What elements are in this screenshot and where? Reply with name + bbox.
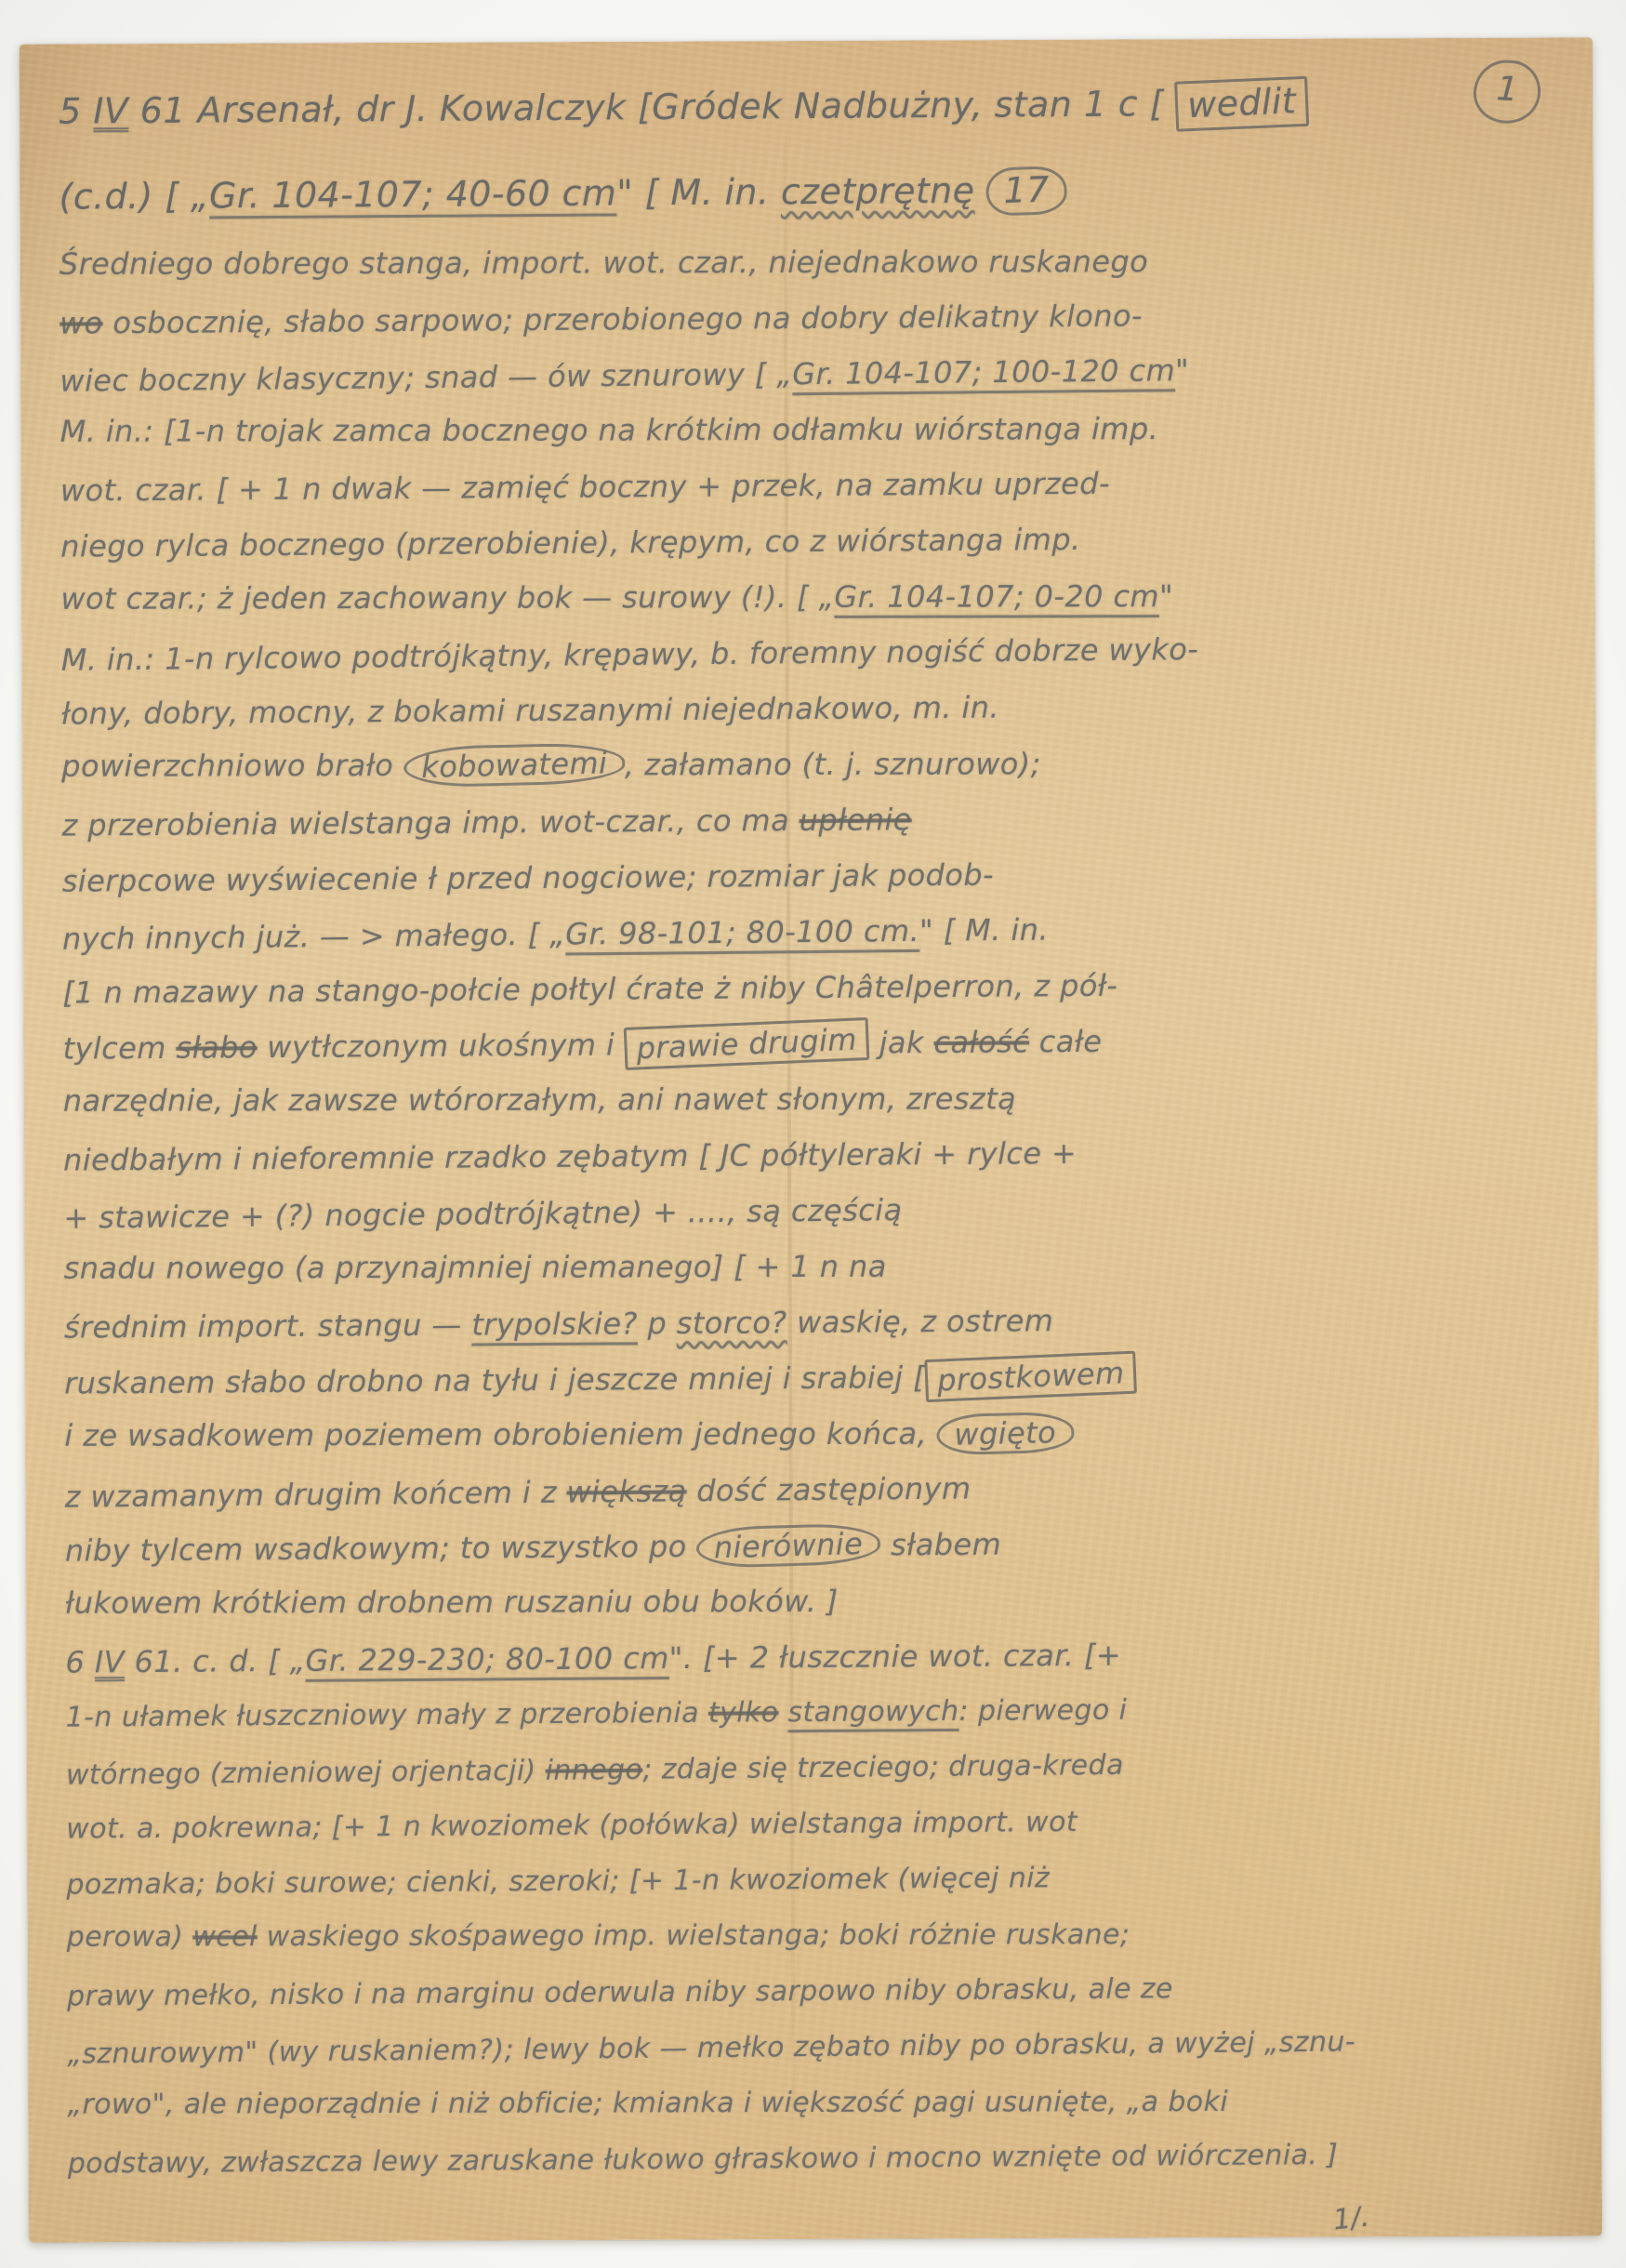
- handwriting-segment: niego rylca bocznego (przerobienie), krę…: [60, 522, 1081, 564]
- handwriting-segment: 5: [59, 90, 93, 131]
- handwriting-segment: powierzchniowo brało: [61, 748, 403, 784]
- manuscript-line: (c.d.) [ „Gr. 104-107; 40-60 cm" [ M. in…: [59, 143, 1566, 239]
- handwriting-segment: z wzamanym drugim końcem i z: [64, 1475, 566, 1515]
- handwriting-segment: niby tylcem wsadkowym; to wszystko po: [65, 1529, 697, 1569]
- handwriting-segment: wtórnego (zmieniowej orjentacji): [66, 1755, 546, 1792]
- handwriting-segment-strike: wcel: [192, 1920, 258, 1953]
- handwriting-segment: : pierwego i: [958, 1694, 1127, 1728]
- handwriting-segment: średnim import. stangu —: [64, 1307, 472, 1346]
- handwriting-segment-strike: wo: [59, 305, 103, 340]
- manuscript-page: 1 5 IV 61 Arsenał, dr J. Kowalczyk [Gród…: [20, 37, 1602, 2242]
- handwriting-segment-boxed: prostkowem: [924, 1351, 1137, 1402]
- handwriting-segment: M. in.: [1-n trojak zamca bocznego na kr…: [60, 411, 1159, 449]
- handwriting-segment: wot. a. pokrewna; [+ 1 n kwoziomek (połó…: [66, 1806, 1077, 1846]
- handwriting-segment-underline: trypolskie?: [471, 1306, 638, 1342]
- handwriting-segment-circled: wgięto: [936, 1412, 1075, 1456]
- manuscript-line: M. in.: [1-n trojak zamca bocznego na kr…: [60, 400, 1567, 459]
- handwriting-segment: jak: [869, 1025, 934, 1060]
- handwriting-segment: osbocznię, słabo sarpowo; przerobionego …: [103, 298, 1143, 341]
- scanned-document: { "page": { "page_number": "1", "bottom_…: [0, 0, 1626, 2268]
- handwriting-segment: z przerobienia wielstanga imp. wot-czar.…: [61, 802, 799, 843]
- handwriting-segment: wot. czar. [ + 1 n dwak — zamięć boczny …: [60, 466, 1110, 509]
- handwritten-text-block: 5 IV 61 Arsenał, dr J. Kowalczyk [Gródek…: [59, 60, 1574, 2229]
- manuscript-line: wot. czar. [ + 1 n dwak — zamięć boczny …: [60, 452, 1567, 518]
- handwriting-segment-underline: Gr. 229-230; 80-100 cm: [305, 1640, 668, 1678]
- handwriting-segment: ": [1175, 352, 1189, 388]
- handwriting-segment-strike: całość: [933, 1024, 1029, 1060]
- handwriting-segment-circled: 17: [985, 166, 1068, 216]
- manuscript-line: wot. a. pokrewna; [+ 1 n kwoziomek (połó…: [66, 1791, 1572, 1857]
- handwriting-segment: wot czar.; ż jeden zachowany bok — surow…: [60, 579, 834, 617]
- handwriting-segment-underline: Gr. 104-107; 40-60 cm: [209, 172, 616, 216]
- manuscript-line: średnim import. stangu — trypolskie? p s…: [64, 1289, 1570, 1355]
- handwriting-segment: tylcem: [62, 1030, 176, 1067]
- manuscript-line: ruskanem słabo drobno na tyłu i jeszcze …: [64, 1345, 1570, 1411]
- manuscript-line: tylcem słabo wytłczonym ukośnym i prawie…: [62, 1010, 1568, 1076]
- handwriting-segment: łukowem krótkiem drobnem ruszaniu obu bo…: [65, 1584, 839, 1621]
- handwriting-segment-dunder: IV: [93, 90, 128, 131]
- handwriting-segment-dunder: IV: [95, 1644, 125, 1679]
- handwriting-segment-strike: słabo: [176, 1029, 258, 1066]
- manuscript-line: łukowem krótkiem drobnem ruszaniu obu bo…: [65, 1572, 1571, 1631]
- handwriting-segment: [974, 170, 986, 211]
- handwriting-segment: waskiego skośpawego imp. wielstanga; bok…: [258, 1918, 1130, 1953]
- handwriting-segment: snadu nowego (a przynajmniej niemanego] …: [64, 1249, 887, 1286]
- handwriting-segment: 61 Arsenał, dr J. Kowalczyk [Gródek Nadb…: [128, 83, 1175, 131]
- handwriting-segment: ". [+ 2 łuszcznie wot. czar. [+: [669, 1638, 1122, 1676]
- handwriting-segment: prawy mełko, nisko i na marginu oderwula…: [67, 1972, 1173, 2012]
- handwriting-segment: „sznurowym" (wy ruskaniem?); lewy bok — …: [67, 2025, 1355, 2070]
- handwriting-segment: perowa): [67, 1920, 193, 1953]
- handwriting-segment: ruskanem słabo drobno na tyłu i jeszcze …: [64, 1359, 925, 1400]
- handwriting-segment: „rowo", ale nieporządnie i niż obficie; …: [67, 2086, 1228, 2121]
- handwriting-segment: " [ M. in.: [919, 912, 1049, 948]
- manuscript-line: powierzchniowo brało kobowatemi, załaman…: [61, 735, 1567, 794]
- handwriting-segment: [778, 1696, 787, 1729]
- handwriting-segment: " [ M. in.: [616, 171, 781, 213]
- handwriting-segment: dość zastępionym: [686, 1470, 971, 1508]
- handwriting-segment: wiec boczny klasyczny; snad — ów sznurow…: [59, 356, 792, 399]
- handwriting-segment-strike: upłenię: [800, 802, 912, 838]
- handwriting-segment: 6: [65, 1644, 95, 1679]
- handwriting-segment-strike: większą: [566, 1473, 687, 1509]
- manuscript-line: z przerobienia wielstanga imp. wot-czar.…: [61, 787, 1567, 853]
- handwriting-segment: waskię, z ostrem: [787, 1303, 1053, 1340]
- manuscript-line: 6 IV 61. c. d. [ „Gr. 229-230; 80-100 cm…: [65, 1624, 1571, 1690]
- handwriting-segment: + stawicze + (?) nogcie podtrójkątne) + …: [63, 1192, 902, 1236]
- handwriting-segment-underline: Gr. 98-101; 80-100 cm.: [565, 913, 919, 952]
- handwriting-segment: (c.d.) [ „: [59, 176, 209, 218]
- handwriting-segment-strike: tylko: [708, 1696, 779, 1730]
- manuscript-line: niby tylcem wsadkowym; to wszystko po ni…: [65, 1512, 1571, 1578]
- manuscript-line: podstawy, zwłaszcza lewy zaruskane łukow…: [68, 2126, 1574, 2192]
- handwriting-segment: 61. c. d. [ „: [125, 1643, 306, 1679]
- handwriting-segment: [1 n mazawy na stango-połcie połtyl ćrat…: [62, 968, 1117, 1011]
- handwriting-segment: całe: [1029, 1024, 1103, 1060]
- handwriting-segment: łony, dobry, mocny, z bokami ruszanymi n…: [61, 690, 999, 732]
- handwriting-segment: 1-n ułamek łuszczniowy mały z przerobien…: [66, 1697, 708, 1734]
- handwriting-segment: ; zdaje się trzeciego; druga-kreda: [642, 1749, 1124, 1786]
- bottom-mark: 1/.: [1332, 2200, 1371, 2236]
- handwriting-segment-circled: kobowatemi: [403, 742, 625, 789]
- handwriting-segment: słabem: [880, 1527, 1001, 1563]
- handwriting-segment: pozmaka; boki surowe; cienki, szeroki; […: [66, 1862, 1050, 1901]
- manuscript-line: Średniego dobrego stanga, import. wot. c…: [59, 232, 1566, 292]
- handwriting-segment-underline: Gr. 104-107; 0-20 cm: [834, 578, 1159, 615]
- manuscript-line: i ze wsadkowem poziemem obrobieniem jedn…: [64, 1404, 1570, 1464]
- handwriting-segment: wytłczonym ukośnym i: [258, 1027, 625, 1065]
- handwriting-segment-underline: stangowych: [787, 1695, 958, 1729]
- handwriting-segment: i ze wsadkowem poziemem obrobieniem jedn…: [64, 1416, 936, 1453]
- handwriting-segment: sierpcowe wyświecenie ł przed nogciowe; …: [62, 857, 994, 899]
- manuscript-line: pozmaka; boki surowe; cienki, szeroki; […: [66, 1847, 1572, 1913]
- manuscript-line: narzędnie, jak zawsze wtórorzałym, ani n…: [63, 1069, 1569, 1129]
- manuscript-line: perowa) wcel waskiego skośpawego imp. wi…: [67, 1906, 1573, 1966]
- handwriting-segment-boxed: prawie drugim: [624, 1017, 870, 1070]
- handwriting-segment-boxed: wedlit: [1174, 76, 1309, 131]
- handwriting-segment: podstawy, zwłaszcza lewy zaruskane łukow…: [68, 2139, 1339, 2181]
- handwriting-segment: ": [1159, 578, 1173, 614]
- handwriting-segment-wavy: storco?: [677, 1305, 787, 1341]
- manuscript-line: łony, dobry, mocny, z bokami ruszanymi n…: [61, 675, 1567, 741]
- handwriting-segment: nych innych już. — > małego. [ „: [62, 917, 565, 957]
- handwriting-segment: M. in.: 1-n rylcowo podtrójkątny, krępaw…: [61, 631, 1199, 678]
- manuscript-line: snadu nowego (a przynajmniej niemanego] …: [64, 1237, 1570, 1296]
- handwriting-segment: Średniego dobrego stanga, import. wot. c…: [59, 244, 1148, 282]
- manuscript-line: [1 n mazawy na stango-połcie połtyl ćrat…: [62, 954, 1568, 1020]
- handwriting-segment: , załamano (t. j. sznurowo);: [625, 746, 1041, 782]
- manuscript-line: wot czar.; ż jeden zachowany bok — surow…: [60, 567, 1567, 627]
- handwriting-segment: p: [638, 1306, 677, 1341]
- handwriting-segment-strike: innego: [545, 1754, 642, 1787]
- manuscript-line: 5 IV 61 Arsenał, dr J. Kowalczyk [Gródek…: [59, 58, 1566, 153]
- manuscript-line: „rowo", ale nieporządnie i niż obficie; …: [67, 2074, 1573, 2133]
- handwriting-segment: niedbałym i nieforemnie rzadko zębatym […: [63, 1135, 1077, 1178]
- handwriting-segment-circled: nierównie: [696, 1522, 881, 1569]
- manuscript-line: niego rylca bocznego (przerobienie), krę…: [60, 508, 1567, 574]
- handwriting-segment: narzędnie, jak zawsze wtórorzałym, ani n…: [63, 1081, 1016, 1118]
- handwriting-segment-wavy: czetprętnę: [781, 170, 975, 212]
- handwriting-segment-underline: Gr. 104-107; 100-120 cm: [792, 352, 1175, 391]
